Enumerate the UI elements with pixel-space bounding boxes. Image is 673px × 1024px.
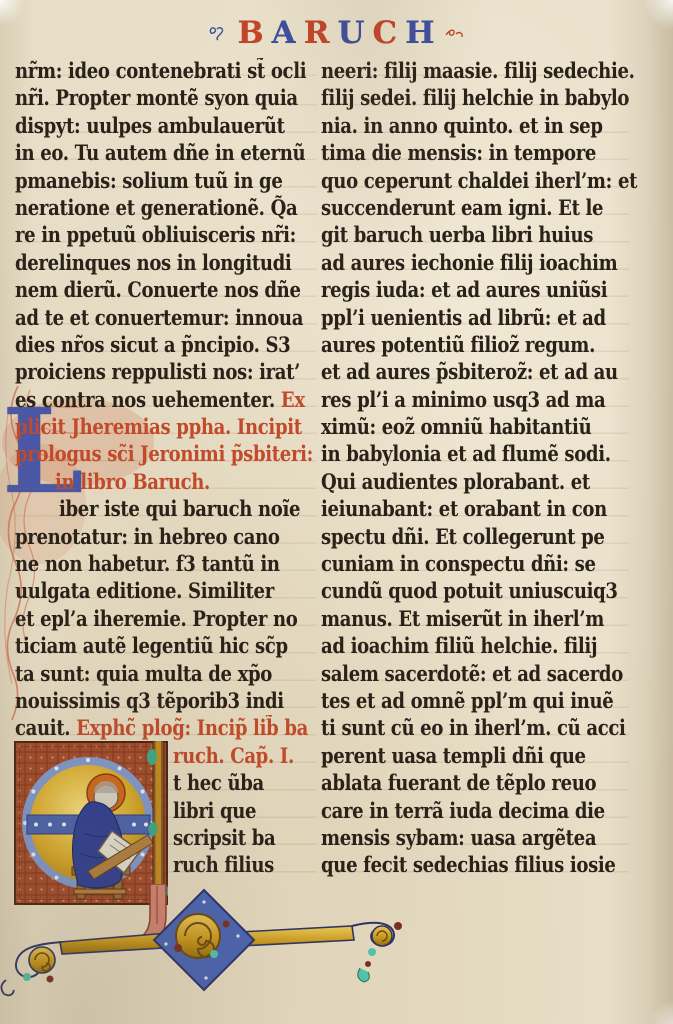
text-line: et ad aures p̃sbiteroz̃: et ad au [321,358,629,385]
text-line: ta sunt: quia multa de xp̃o [15,660,317,687]
text-line: proiciens reppulisti nos: irat’ [15,358,317,385]
title-letter: U [338,18,365,49]
text-line: ximũ: eoz̃ omniũ habitantiũ [321,413,629,440]
text-line: neratione et generationẽ. Q̃a [15,194,317,221]
text-line: ne non habetur. f3 tantũ in [15,550,317,577]
text-line: ad aures iechonie filij ioachim [321,249,629,276]
text-line: in eo. Tu autem dñe in eternũ [15,139,317,166]
pen-flourish-right-icon [444,25,464,41]
text-line: manus. Et miserũt in iherl’m [321,605,629,632]
tailpiece-ornament [0,884,430,1024]
text-line: perent uasa templi dñi que [321,742,629,769]
text-line: mensis sybam: uasa argẽtea [321,824,629,851]
title-letter: R [304,18,330,49]
text-line: in libro Baruch. [15,468,317,495]
text-line: cundũ quod potuit uniuscuiq3 [321,577,629,604]
text-line: quo ceperunt chaldei iherl’m: et [321,167,629,194]
text-line: regis iuda: et ad aures uniũsi [321,276,629,303]
text-line: tes et ad omnẽ ppl’m qui inuẽ [321,687,629,714]
text-line: nem dierũ. Conuerte nos dñe [15,276,317,303]
title-letter: B [237,18,263,49]
text-line: iber iste qui baruch noĩe [15,495,317,522]
running-title: BARUCH [176,12,496,54]
text-line: ppl’i uenientis ad librũ: et ad [321,304,629,331]
title-letter: H [405,18,434,49]
text-line: Qui audientes plorabant. et [321,468,629,495]
text-line: neeri: filij maasie. filij sedechie. [321,57,629,84]
text-line: plicit Jheremias ppha. Incipit [15,413,317,440]
text-line: salem sacerdotẽ: et ad sacerdo [321,660,629,687]
text-line: care in terrã iuda decima die [321,797,629,824]
text-line: res pl’i a minimo usq3 ad ma [321,386,629,413]
text-line: cuniam in conspectu dñi: se [321,550,629,577]
text-line: git baruch uerba libri huius [321,221,629,248]
text-line: que fecit sedechias filius iosie [321,851,629,878]
text-line: et epl’a iheremie. Propter no [15,605,317,632]
scribe-miniature [14,741,168,905]
text-line: re in ppetuũ obliuisceris nr̃i: [15,221,317,248]
text-line: tima die mensis: in tempore [321,139,629,166]
text-line: dies nr̃os sicut a p̃ncipio. S3 [15,331,317,358]
title-letters: BARUCH [237,18,434,49]
text-line: ticiam autẽ legentiũ hic sc̃p [15,632,317,659]
text-line: filij sedei. filij helchie in babylo [321,84,629,111]
text-line: nouissimis q3 tẽporib3 indi [15,687,317,714]
text-line: spectu dñi. Et collegerunt pe [321,523,629,550]
text-line: nr̃i. Propter montẽ syon quia [15,84,317,111]
text-line: ti sunt cũ eo in iherl’m. cũ acci [321,714,629,741]
right-column-text: neeri: filij maasie. filij sedechie.fili… [321,57,629,881]
text-line: prenotatur: in hebreo cano [15,523,317,550]
pen-flourish-left-icon [208,25,228,41]
text-line: in babylonia et ad flumẽ sodi. [321,440,629,467]
text-line: dispyt: uulpes ambulauerũt [15,112,317,139]
text-line: aures potentiũ filioz̃ regum. [321,331,629,358]
text-line: nr̃m: ideo contenebrati st̃ ocli [15,57,317,84]
text-line: nia. in anno quinto. et in sep [321,112,629,139]
text-line: succenderunt eam igni. Et le [321,194,629,221]
manuscript-page-photo: { "colors": { "ink": "#2a2119", "rubric_… [0,0,673,1024]
text-line: pmanebis: solium tuũ in ge [15,167,317,194]
text-line: prologus sc̃i Jeronimi p̃sbiteri: [15,440,317,467]
text-line: ad te et conuertemur: innoua [15,304,317,331]
title-letter: A [272,18,296,49]
text-line: derelinques nos in longitudi [15,249,317,276]
text-line: cauit. Exphc̃ plog̃: Incip̃ lib̃ ba [15,714,317,741]
historiated-initial-panel: E [14,741,168,905]
text-line: ad ioachim filiũ helchie. filij [321,632,629,659]
text-line: ablata fuerant de tẽplo reuo [321,769,629,796]
title-letter: C [373,18,398,49]
text-line: es contra nos uehementer. Ex [15,386,317,413]
text-line: uulgata editione. Similiter [15,577,317,604]
text-line: ieiunabant: et orabant in con [321,495,629,522]
